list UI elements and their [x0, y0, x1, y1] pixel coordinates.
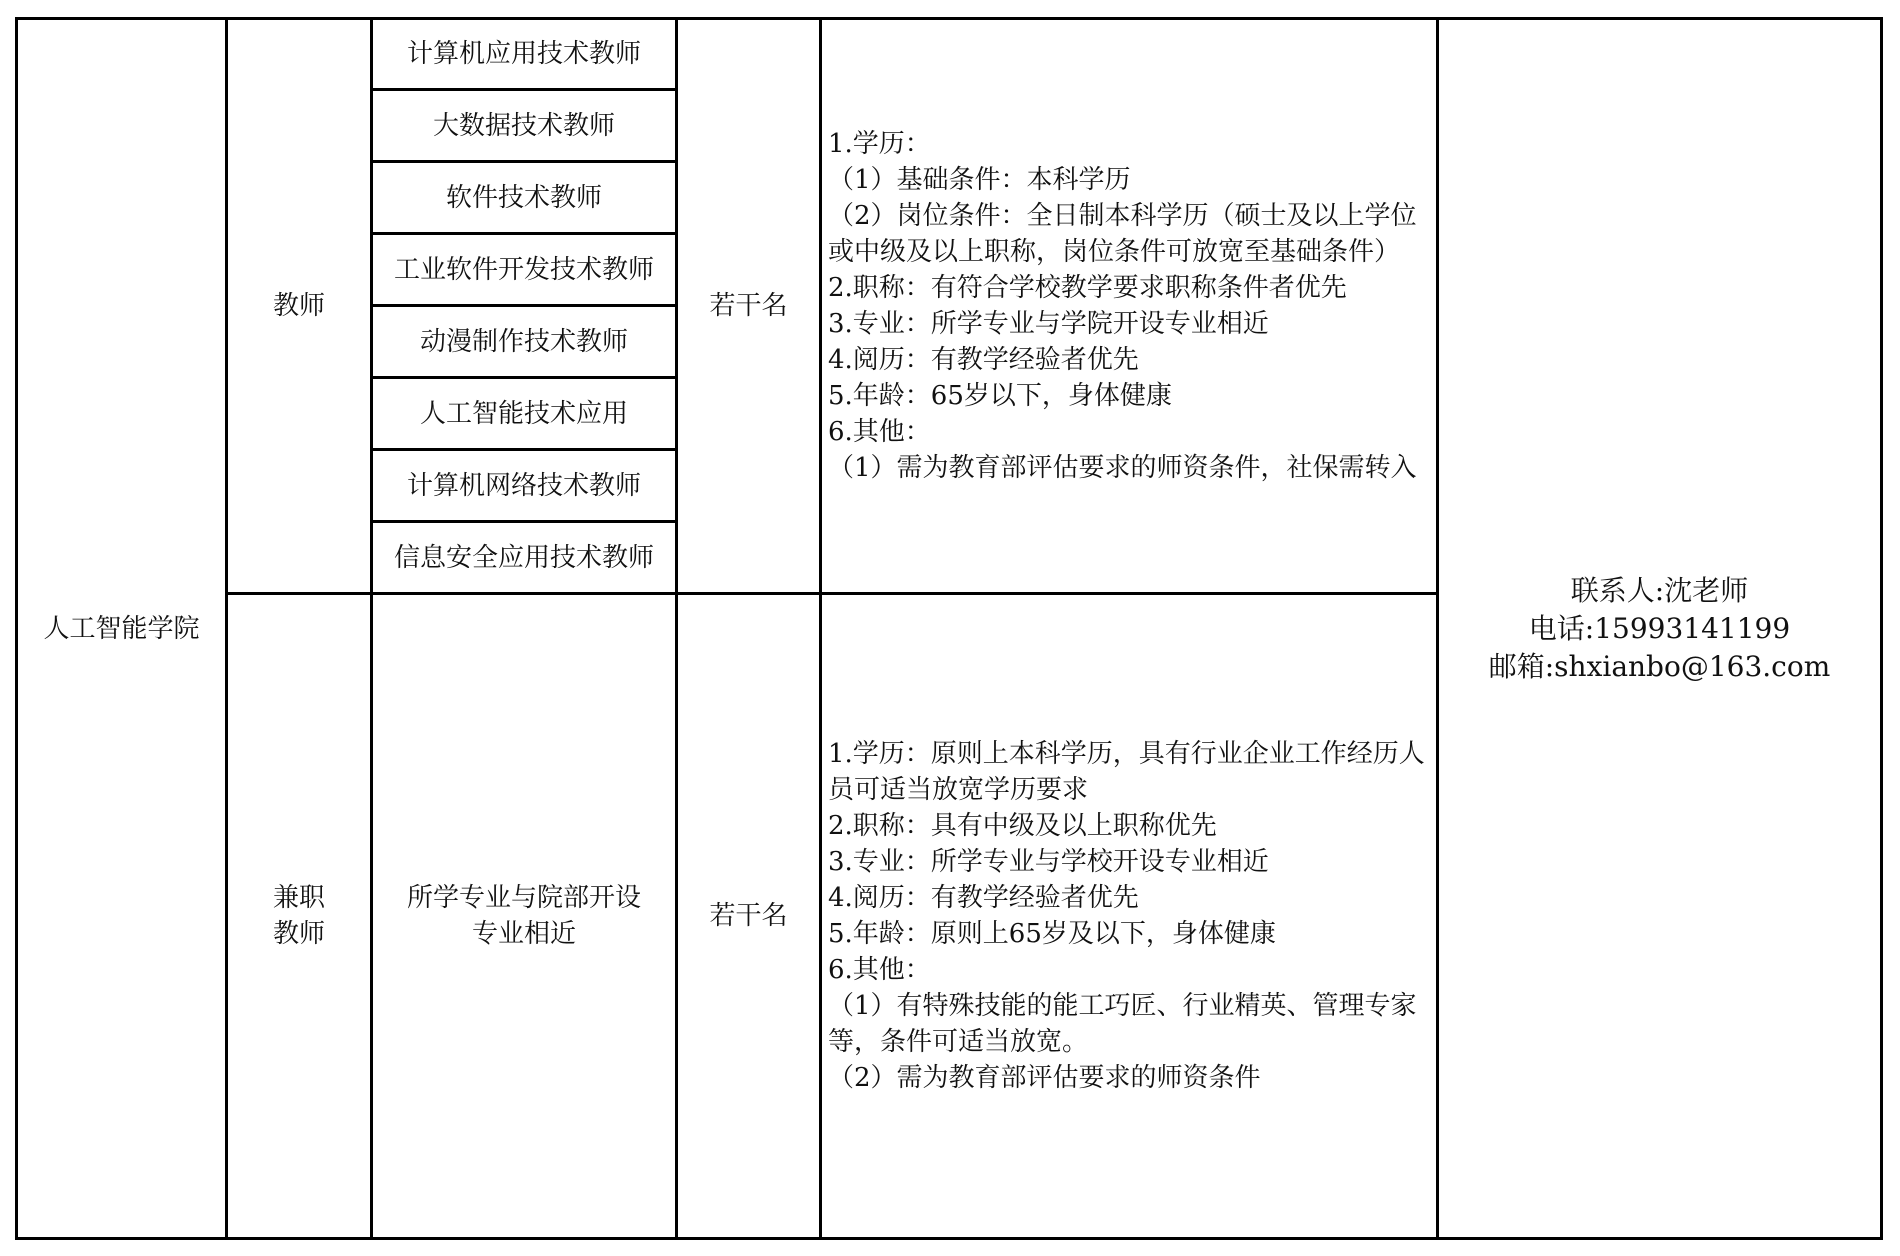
major-cell: 大数据技术教师	[373, 91, 675, 160]
requirement-line: 6.其他：	[828, 414, 1430, 450]
major-cell: 动漫制作技术教师	[373, 307, 675, 376]
contact-person: 联系人:沈老师	[1571, 572, 1748, 610]
requirements-cell: 1.学历： （1）基础条件：本科学历 （2）岗位条件：全日制本科学历（硕士及以上…	[822, 20, 1436, 592]
requirement-line: 2.职称：具有中级及以上职称优先	[828, 808, 1430, 844]
major-name: 工业软件开发技术教师	[394, 252, 654, 288]
headcount-cell: 若干名	[678, 595, 819, 1237]
recruitment-table: 人工智能学院 教师 计算机应用技术教师 大数据技术教师 软件技术教师 工业软件开…	[15, 17, 1883, 1240]
requirements-cell: 1.学历：原则上本科学历，具有行业企业工作经历人员可适当放宽学历要求 2.职称：…	[822, 595, 1436, 1237]
major-cell: 计算机应用技术教师	[373, 20, 675, 88]
major-name: 信息安全应用技术教师	[394, 540, 654, 576]
requirement-line: 1.学历：原则上本科学历，具有行业企业工作经历人员可适当放宽学历要求	[828, 736, 1430, 808]
major-cell: 信息安全应用技术教师	[370, 523, 678, 592]
major-name: 计算机网络技术教师	[407, 468, 641, 504]
position-type: 教师	[273, 288, 325, 324]
contact-phone: 电话:15993141199	[1529, 610, 1790, 648]
major-cell: 人工智能技术应用	[373, 379, 675, 448]
major-cell: 工业软件开发技术教师	[370, 235, 678, 304]
major-name: 大数据技术教师	[433, 108, 615, 144]
requirement-line: 5.年龄：65岁以下，身体健康	[828, 378, 1430, 414]
requirement-line: 4.阅历：有教学经验者优先	[828, 880, 1430, 916]
major-cell: 计算机网络技术教师	[373, 451, 675, 520]
department-cell: 人工智能学院	[18, 20, 225, 1237]
major-name: 软件技术教师	[446, 180, 602, 216]
department-name: 人工智能学院	[43, 611, 199, 647]
position-type-cell: 兼职 教师	[228, 595, 370, 1237]
major-cell: 所学专业与院部开设 专业相近	[373, 595, 675, 1237]
requirement-line: （2）需为教育部评估要求的师资条件	[828, 1060, 1430, 1096]
requirement-line: 3.专业：所学专业与学院开设专业相近	[828, 306, 1430, 342]
major-cell: 软件技术教师	[373, 163, 675, 232]
headcount-cell: 若干名	[678, 20, 819, 592]
requirement-line: 5.年龄：原则上65岁及以下，身体健康	[828, 916, 1430, 952]
position-type-cell: 教师	[228, 20, 370, 592]
requirement-line: 3.专业：所学专业与学校开设专业相近	[828, 844, 1430, 880]
major-name: 计算机应用技术教师	[407, 36, 641, 72]
requirement-line: 1.学历：	[828, 126, 1430, 162]
major-name: 专业相近	[472, 916, 576, 952]
position-type: 教师	[273, 916, 325, 952]
major-name: 所学专业与院部开设	[407, 880, 641, 916]
requirement-line: （1）有特殊技能的能工巧匠、行业精英、管理专家等，条件可适当放宽。	[828, 988, 1430, 1060]
position-type: 兼职	[273, 880, 325, 916]
requirement-line: 4.阅历：有教学经验者优先	[828, 342, 1430, 378]
headcount: 若干名	[709, 898, 787, 934]
major-name: 动漫制作技术教师	[420, 324, 628, 360]
requirement-line: （2）岗位条件：全日制本科学历（硕士及以上学位或中级及以上职称，岗位条件可放宽至…	[828, 198, 1430, 270]
major-name: 人工智能技术应用	[420, 396, 628, 432]
requirement-line: （1）基础条件：本科学历	[828, 162, 1430, 198]
contact-email: 邮箱:shxianbo@163.com	[1489, 648, 1831, 686]
requirement-line: 6.其他：	[828, 952, 1430, 988]
contact-cell: 联系人:沈老师 电话:15993141199 邮箱:shxianbo@163.c…	[1439, 20, 1880, 1237]
requirement-line: 2.职称：有符合学校教学要求职称条件者优先	[828, 270, 1430, 306]
headcount: 若干名	[709, 288, 787, 324]
requirement-line: （1）需为教育部评估要求的师资条件，社保需转入	[828, 450, 1430, 486]
